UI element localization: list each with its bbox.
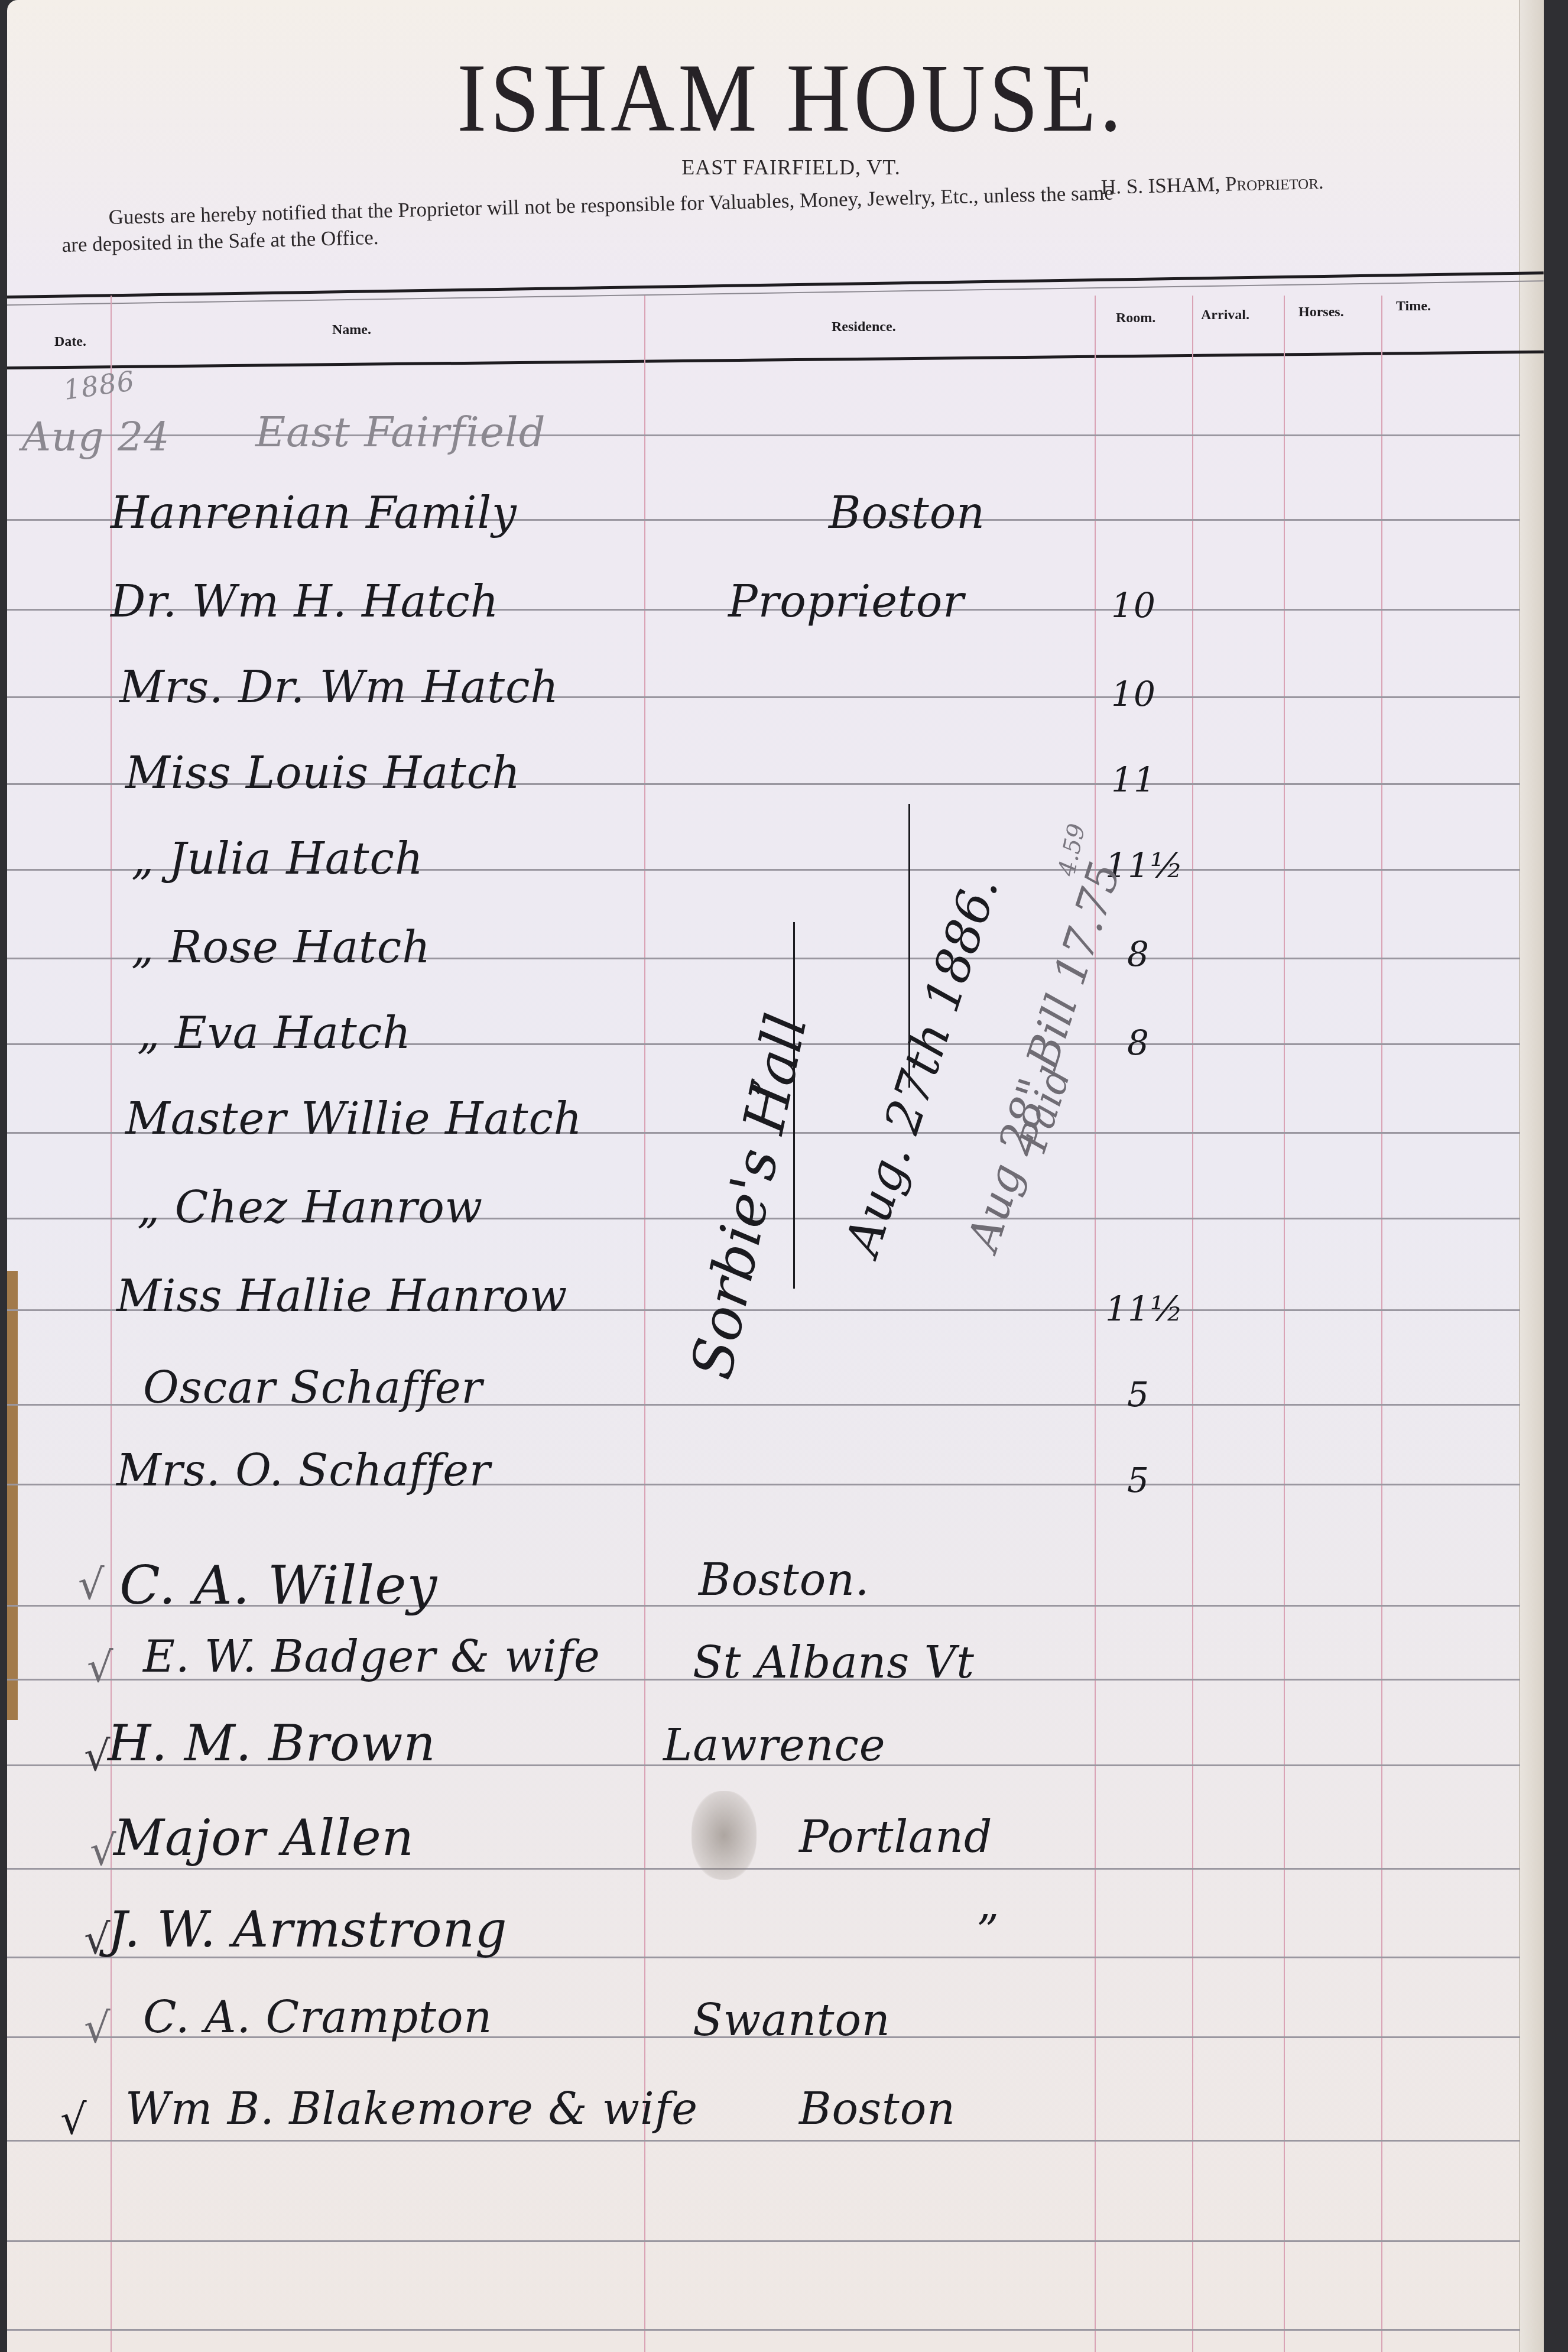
- notice-line-2: are deposited in the Safe at the Office.: [61, 226, 379, 257]
- entry-name: Major Allen: [113, 1809, 414, 1867]
- entry-residence: St Albans Vt: [693, 1637, 975, 1688]
- entry-residence: Lawrence: [663, 1720, 886, 1771]
- col-header-room: Room.: [1116, 310, 1155, 326]
- ruled-line: [7, 2240, 1520, 2242]
- register-page: ISHAM HOUSE. EAST FAIRFIELD, VT. Guests …: [7, 0, 1544, 2352]
- date-heading-place: East Fairfield: [255, 408, 546, 456]
- col-divider: [1284, 296, 1285, 2352]
- date-cell: Aug 24: [22, 414, 170, 460]
- col-header-time: Time.: [1396, 299, 1431, 314]
- entry-name: C. A. Willey: [119, 1555, 437, 1617]
- entry-room: 8: [1127, 1023, 1150, 1063]
- entry-name: „ Rose Hatch: [131, 922, 431, 973]
- entry-residence: Boston: [799, 2084, 956, 2134]
- ink-date-line: [908, 804, 910, 1088]
- entry-name: Oscar Schaffer: [143, 1362, 483, 1413]
- entry-name: „ Julia Hatch: [131, 833, 424, 884]
- check-mark: √: [90, 1827, 116, 1875]
- entry-residence: Swanton: [693, 1995, 891, 2046]
- page-title: ISHAM HOUSE.: [7, 42, 1544, 154]
- entry-residence: ”: [976, 1906, 999, 1957]
- entry-room: 8: [1127, 934, 1150, 974]
- entry-room: 10: [1111, 585, 1156, 625]
- ruled-line: [7, 1868, 1520, 1870]
- entry-name: H. M. Brown: [108, 1714, 436, 1772]
- entry-room: 5: [1127, 1374, 1150, 1415]
- col-header-arrival: Arrival.: [1201, 307, 1249, 323]
- header-rule-bottom: [7, 351, 1544, 369]
- entry-name: Hanrenian Family: [111, 488, 517, 538]
- entry-name: Miss Hallie Hanrow: [116, 1271, 567, 1322]
- col-divider: [1192, 296, 1193, 2352]
- entry-name: Master Willie Hatch: [125, 1094, 583, 1144]
- entry-name: Miss Louis Hatch: [125, 748, 521, 799]
- notice-line-1: Guests are hereby notified that the Prop…: [108, 181, 1113, 229]
- entry-room: 11½: [1105, 1289, 1184, 1329]
- ruled-line: [7, 434, 1520, 436]
- bracket-line: [793, 922, 795, 1289]
- ruled-line: [7, 2329, 1520, 2331]
- col-divider: [1095, 296, 1096, 2352]
- entry-residence: Portland: [799, 1812, 992, 1863]
- check-mark: √: [84, 1732, 111, 1780]
- entry-name: „ Chez Hanrow: [137, 1182, 483, 1233]
- entry-name: Dr. Wm H. Hatch: [111, 576, 499, 627]
- check-mark: √: [87, 1643, 113, 1692]
- entry-room: 11: [1111, 760, 1156, 800]
- col-header-date: Date.: [54, 334, 86, 350]
- entry-residence: Proprietor: [728, 576, 965, 627]
- entry-name: Wm B. Blakemore & wife: [125, 2084, 698, 2134]
- entry-room: 5: [1127, 1460, 1150, 1500]
- binding-tab: [7, 1271, 18, 1720]
- check-mark: √: [84, 2004, 111, 2052]
- entry-name: E. W. Badger & wife: [143, 1631, 600, 1682]
- col-header-horses: Horses.: [1298, 304, 1344, 320]
- proprietor-signature: H. S. ISHAM, Proprietor.: [1100, 170, 1324, 199]
- bracket-note: Sorbie's Hall: [678, 1008, 820, 1384]
- date-year: 1886: [61, 365, 137, 406]
- col-header-residence: Residence.: [832, 319, 896, 335]
- entry-name: J. W. Armstrong: [108, 1900, 508, 1958]
- ruled-line: [7, 2140, 1520, 2142]
- entry-name: „ Eva Hatch: [137, 1008, 411, 1059]
- check-mark: √: [78, 1561, 105, 1609]
- col-divider: [644, 296, 645, 2352]
- entry-residence: Boston: [829, 488, 985, 538]
- entry-residence: Boston.: [699, 1555, 869, 1605]
- entry-room: 10: [1111, 674, 1156, 714]
- check-mark: √: [60, 2095, 87, 2144]
- col-header-name: Name.: [332, 322, 371, 338]
- entry-name: C. A. Crampton: [143, 1992, 492, 2043]
- entry-name: Mrs. O. Schaffer: [116, 1445, 491, 1496]
- entry-name: Mrs. Dr. Wm Hatch: [119, 662, 559, 713]
- check-mark: √: [84, 1915, 111, 1964]
- col-divider: [1381, 296, 1382, 2352]
- water-stain: [692, 1791, 757, 1880]
